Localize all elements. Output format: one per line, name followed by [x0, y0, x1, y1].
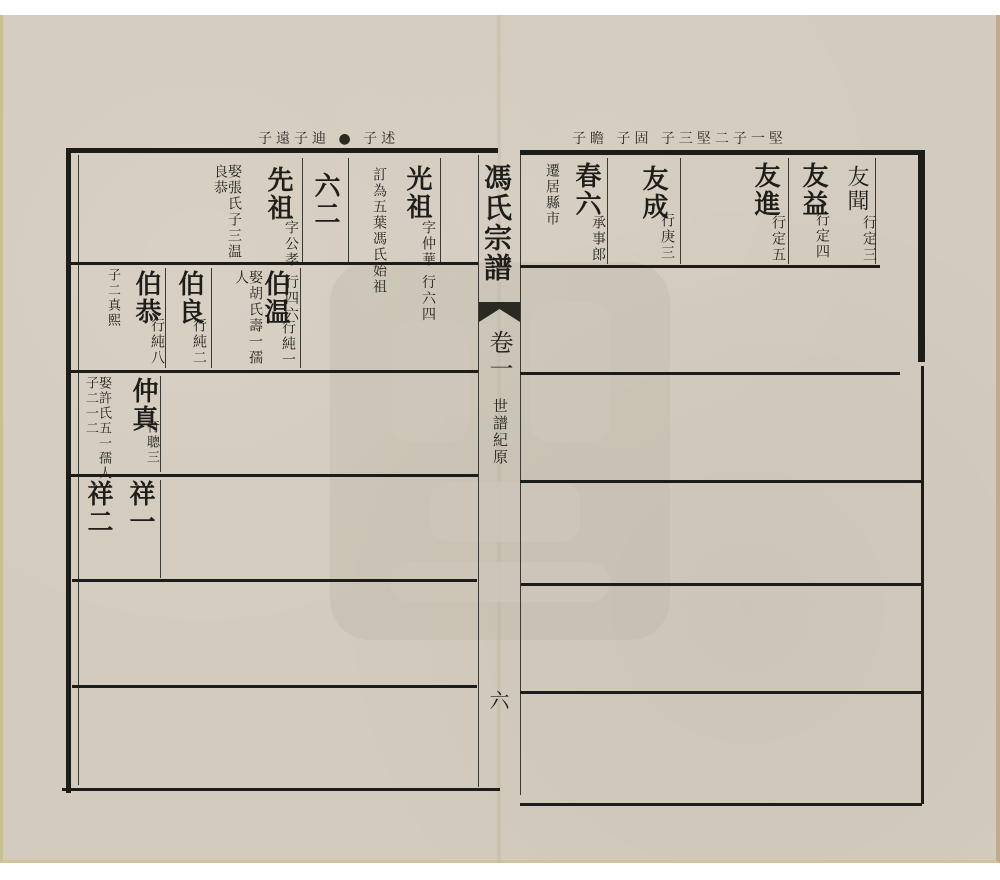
entry-name: 光祖: [404, 165, 430, 221]
entry-extra: 訂為五葉馮氏始祖: [372, 167, 386, 295]
col-rule: [680, 158, 681, 264]
entry-name: 祥二: [85, 480, 111, 536]
left-row-line-2: [70, 370, 478, 373]
entry-note: 行純二: [192, 318, 206, 366]
entry-name: 先祖: [265, 166, 291, 222]
entry-name: 友進: [752, 162, 778, 218]
entry-note: 承事郎: [591, 215, 605, 263]
col-rule: [165, 268, 166, 368]
entry-note: 行純八: [150, 318, 164, 366]
col-rule: [348, 158, 349, 262]
col-rule: [302, 158, 303, 262]
col-rule: [440, 158, 441, 262]
right-row-line-2: [520, 372, 900, 375]
section-label: 世譜紀原: [492, 398, 507, 466]
entry-note: 行聰三: [145, 420, 158, 465]
right-bottom-border: [520, 803, 922, 806]
entry-name: 友益: [800, 162, 826, 218]
entry-note: 字仲華 行六四: [421, 220, 435, 322]
center-right-rule: [520, 155, 521, 795]
entry-extra: 子二真熙: [106, 268, 119, 328]
entry-note: 行純一: [281, 320, 295, 368]
left-row-line-5: [72, 685, 477, 688]
right-outer-border-thick: [918, 150, 925, 362]
entry-extra: 娶胡氏壽一孺人: [234, 270, 262, 370]
entry-extra: 遷居縣市: [545, 163, 559, 227]
right-row-line-1: [520, 265, 880, 268]
right-row-line-3: [520, 480, 922, 483]
right-row-line-4: [521, 583, 922, 586]
col-rule: [788, 158, 789, 264]
left-top-border: [70, 148, 498, 153]
entry-extra: 娶張氏子三温良恭: [213, 164, 241, 264]
left-row-line-3: [70, 474, 478, 477]
center-left-rule: [478, 155, 479, 787]
entry-name: 六二: [312, 172, 338, 228]
col-rule: [160, 480, 161, 578]
right-top-border: [520, 150, 920, 155]
header-left: 子遠子迪 ● 子述: [258, 128, 399, 148]
page-number: 六: [488, 690, 508, 712]
entry-note: 行定四: [815, 212, 829, 260]
left-bottom-border: [62, 788, 500, 791]
header-right: 子瞻 子固 子三堅二子一堅: [572, 128, 787, 148]
left-row-line-4: [72, 579, 477, 582]
entry-name: 伯温: [262, 270, 288, 326]
left-inner-border: [78, 155, 79, 785]
entry-note: 行庚三: [660, 213, 674, 261]
col-rule: [160, 376, 161, 472]
entry-name: 祥一: [127, 480, 153, 536]
entry-note: 行定三: [862, 215, 876, 263]
left-outer-border: [66, 148, 71, 793]
entry-name: 春六: [573, 162, 599, 218]
book-title: 馮氏宗譜: [482, 163, 510, 283]
entry-note: 行定五: [771, 215, 785, 263]
entry-name: 友聞: [845, 165, 867, 213]
col-rule: [211, 268, 212, 368]
col-rule: [300, 268, 301, 368]
entry-extra: 娶許氏五一孺人子二一二: [84, 376, 110, 486]
volume-label: 卷一: [487, 330, 511, 382]
left-row-line-1: [70, 262, 478, 265]
right-row-line-5: [520, 691, 922, 694]
col-rule: [607, 158, 608, 264]
